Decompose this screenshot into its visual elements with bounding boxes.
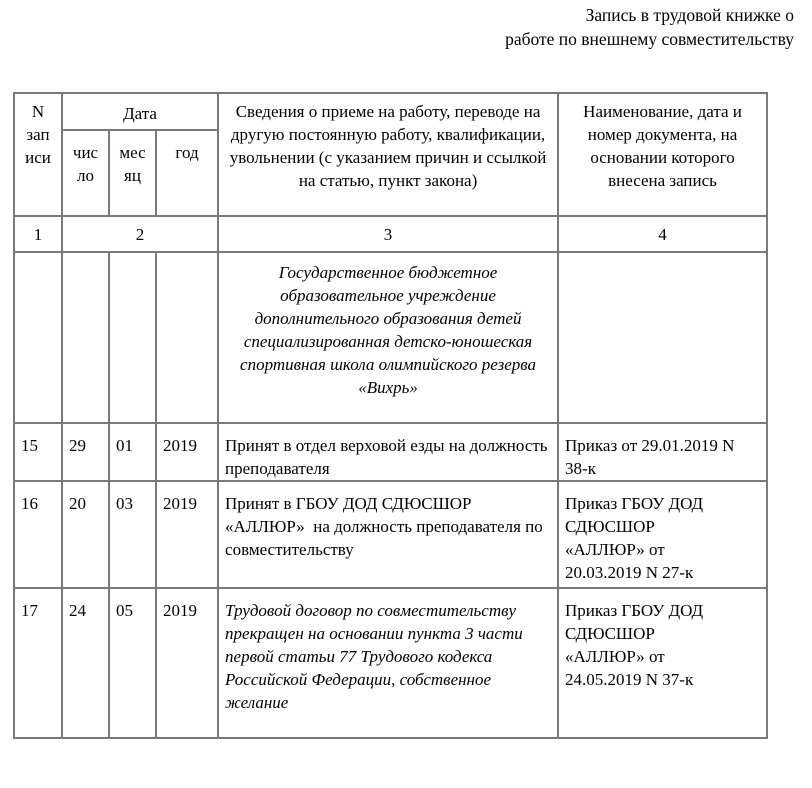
column-number-2: 2 — [62, 216, 218, 252]
record-year: 2019 — [156, 588, 218, 738]
header-document: Наименование, дата и номер документа, на… — [558, 93, 767, 216]
record-month: 03 — [109, 481, 156, 588]
record-document: Приказ ГБОУ ДОД СДЮСШОР «АЛЛЮР» от 20.03… — [558, 481, 767, 588]
record-document: Приказ ГБОУ ДОД СДЮСШОР «АЛЛЮР» от 24.05… — [558, 588, 767, 738]
document-heading: Запись в трудовой книжке о работе по вне… — [505, 3, 794, 51]
record-info: Принят в ГБОУ ДОД СДЮСШОР «АЛЛЮР» на дол… — [218, 481, 558, 588]
header-day-line1: чис — [69, 141, 102, 164]
org-cell-empty — [558, 252, 767, 423]
table-row: 17 24 05 2019 Трудовой договор по совмес… — [14, 588, 767, 738]
column-number-1: 1 — [14, 216, 62, 252]
header-month: мес яц — [109, 130, 156, 216]
record-document: Приказ от 29.01.2019 N 38-к — [558, 423, 767, 481]
heading-line-1: Запись в трудовой книжке о — [505, 3, 794, 27]
record-month: 05 — [109, 588, 156, 738]
record-info: Трудовой договор по совместительству пре… — [218, 588, 558, 738]
table-row: 16 20 03 2019 Принят в ГБОУ ДОД СДЮСШОР … — [14, 481, 767, 588]
header-year: год — [156, 130, 218, 216]
header-record-no-line2: зап — [21, 123, 55, 146]
header-month-line1: мес — [116, 141, 149, 164]
record-day: 20 — [62, 481, 109, 588]
org-cell-empty — [156, 252, 218, 423]
header-row-1: N зап иси Дата Сведения о приеме на рабо… — [14, 93, 767, 130]
record-day: 29 — [62, 423, 109, 481]
organization-name: Государственное бюджетное образовательно… — [218, 252, 558, 423]
header-record-no-line3: иси — [21, 146, 55, 169]
header-month-line2: яц — [116, 164, 149, 187]
header-info: Сведения о приеме на работу, переводе на… — [218, 93, 558, 216]
organization-row: Государственное бюджетное образовательно… — [14, 252, 767, 423]
record-day: 24 — [62, 588, 109, 738]
record-year: 2019 — [156, 481, 218, 588]
org-cell-empty — [14, 252, 62, 423]
header-record-no: N зап иси — [14, 93, 62, 216]
record-no: 16 — [14, 481, 62, 588]
org-cell-empty — [109, 252, 156, 423]
record-year: 2019 — [156, 423, 218, 481]
employment-record-table: N зап иси Дата Сведения о приеме на рабо… — [13, 92, 768, 739]
column-number-4: 4 — [558, 216, 767, 252]
record-no: 15 — [14, 423, 62, 481]
header-record-no-line1: N — [21, 100, 55, 123]
column-number-3: 3 — [218, 216, 558, 252]
record-no: 17 — [14, 588, 62, 738]
record-month: 01 — [109, 423, 156, 481]
heading-line-2: работе по внешнему совместительству — [505, 27, 794, 51]
table-row: 15 29 01 2019 Принят в отдел верховой ез… — [14, 423, 767, 481]
header-date: Дата — [62, 93, 218, 130]
header-day-line2: ло — [69, 164, 102, 187]
header-day: чис ло — [62, 130, 109, 216]
record-info: Принят в отдел верховой езды на должност… — [218, 423, 558, 481]
org-cell-empty — [62, 252, 109, 423]
column-number-row: 1 2 3 4 — [14, 216, 767, 252]
